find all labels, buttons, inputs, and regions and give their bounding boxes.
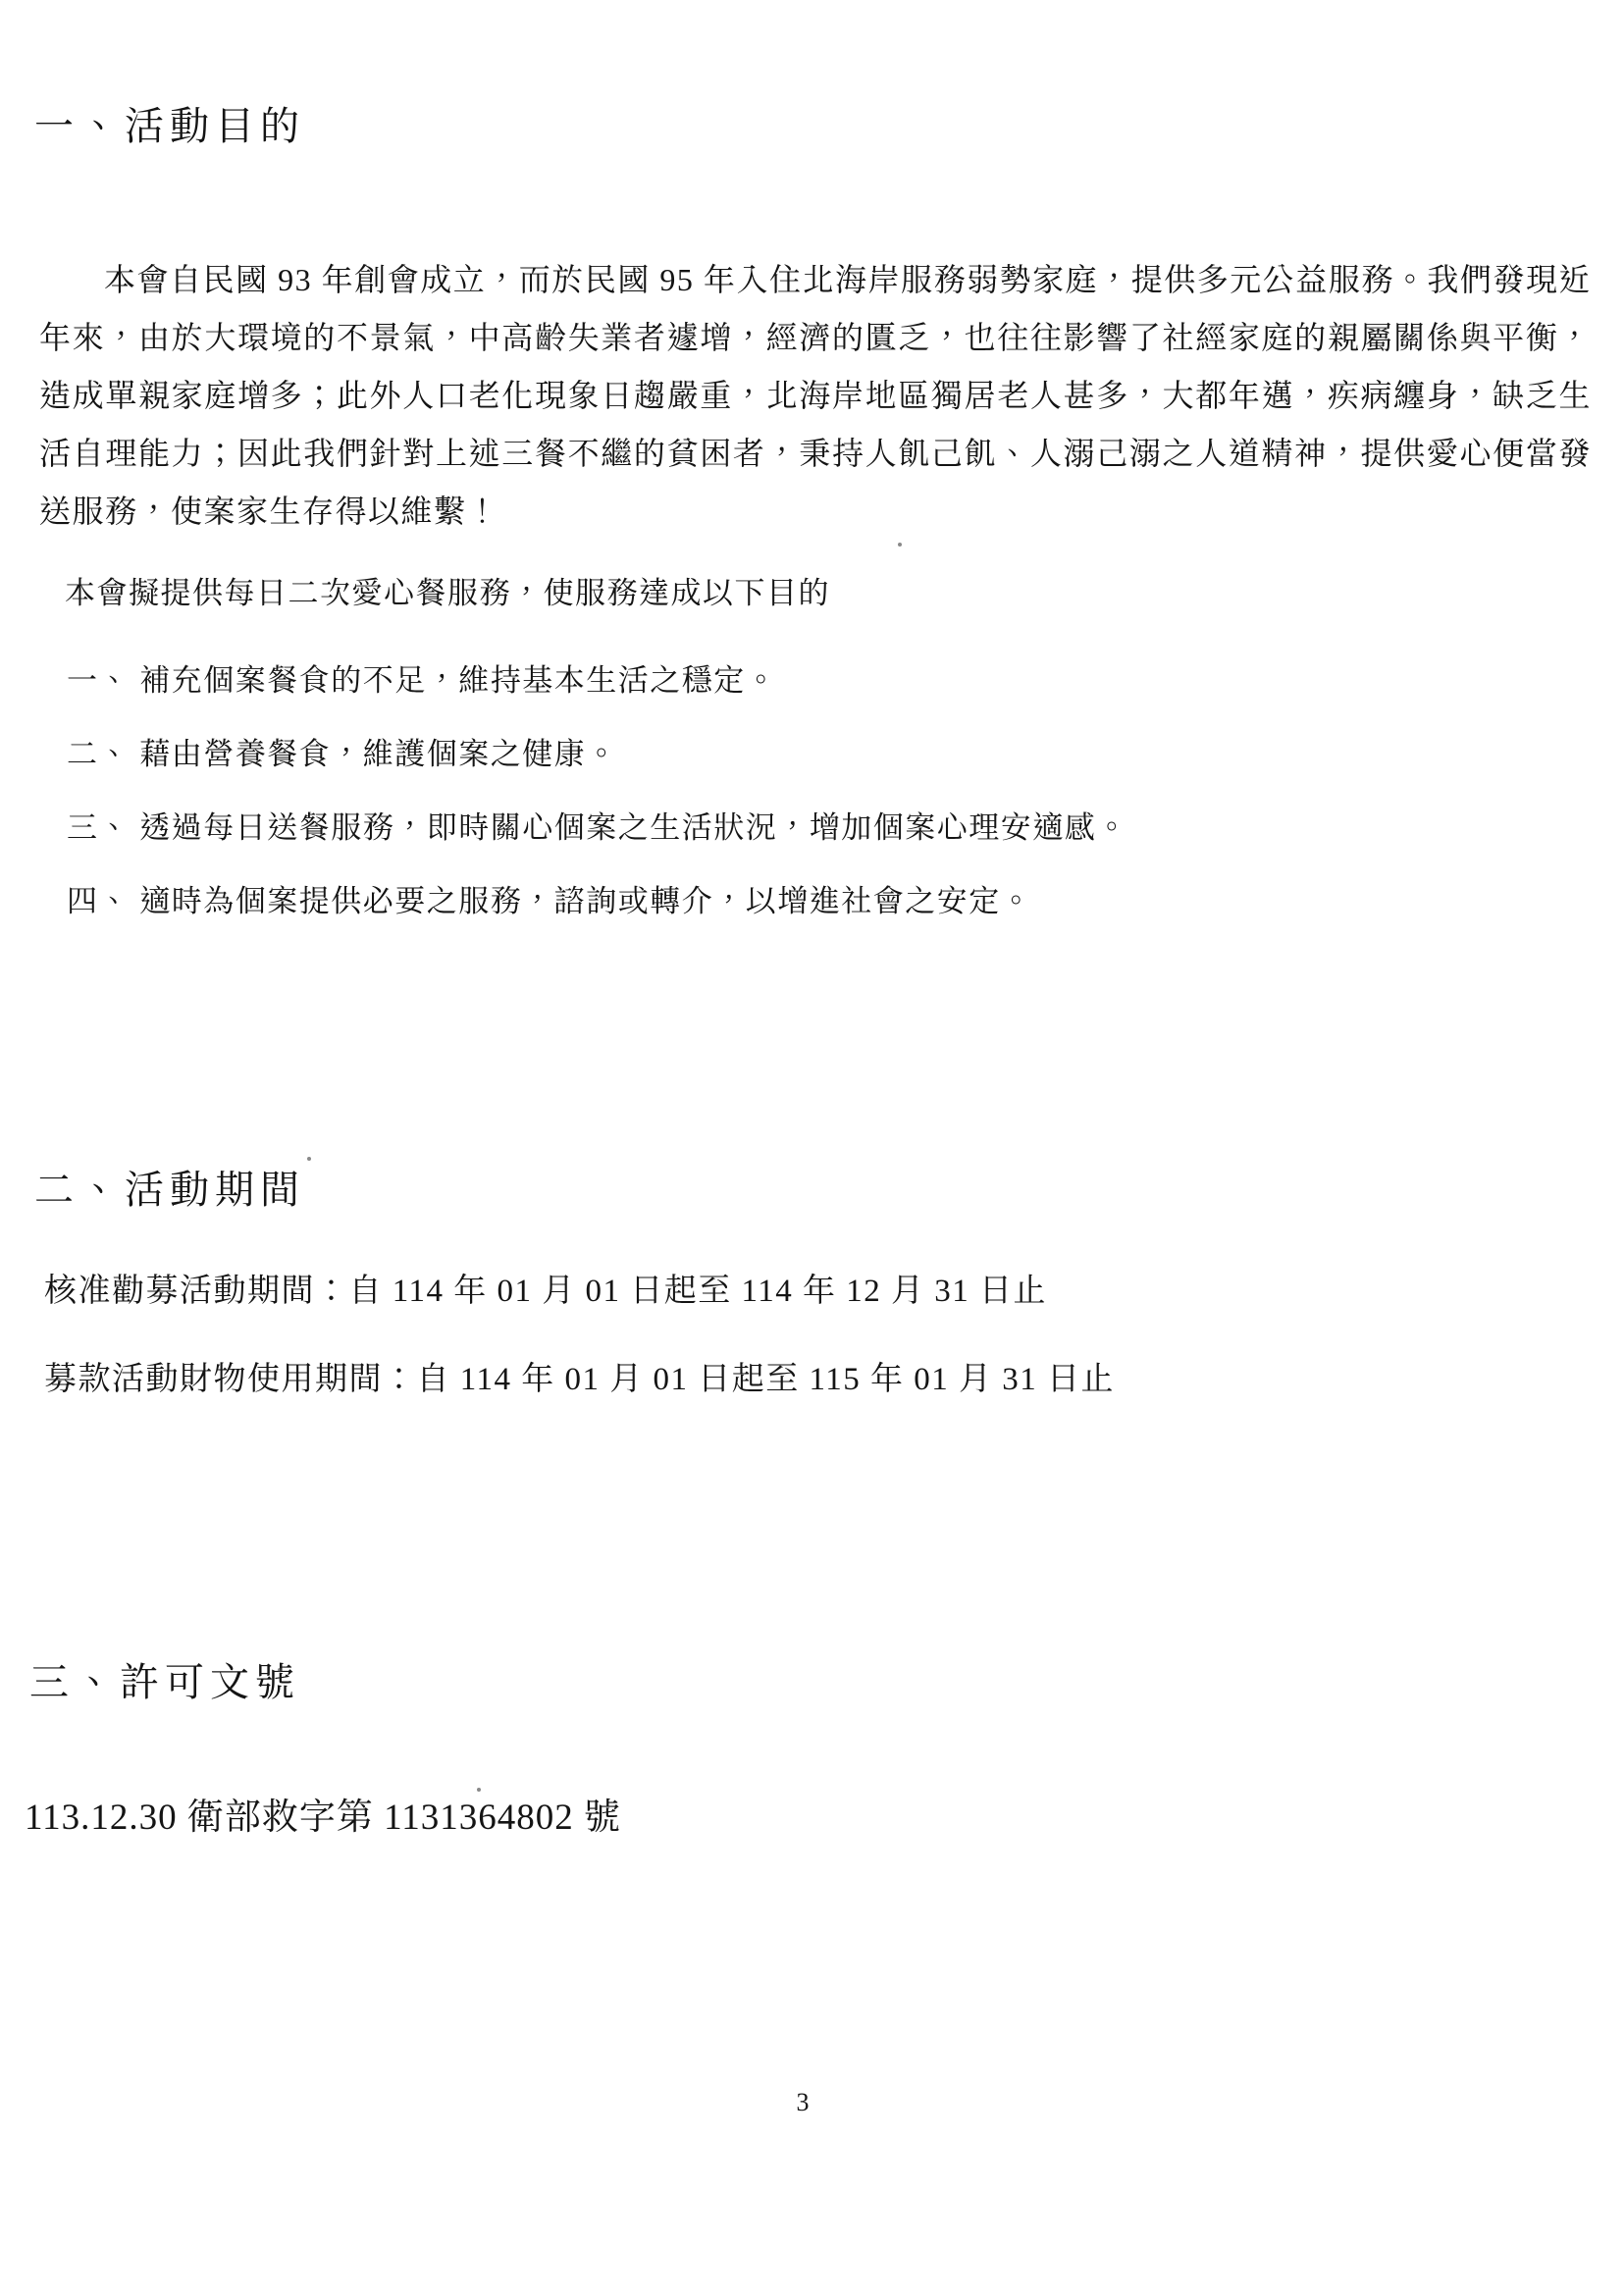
scan-speck [898, 543, 902, 547]
approved-fundraising-period: 核准勸募活動期間：自 114 年 01 月 01 日起至 114 年 12 月 … [44, 1272, 1047, 1311]
document-page: 一、活動目的 本會自民國 93 年創會成立，而於民國 95 年入住北海岸服務弱勢… [0, 0, 1624, 2294]
scan-speck [278, 1668, 282, 1672]
purpose-paragraph: 本會自民國 93 年創會成立，而於民國 95 年入住北海岸服務弱勢家庭，提供多元… [39, 251, 1592, 541]
goal-item-4: 四、 適時為個案提供必要之服務，諮詢或轉介，以增進社會之安定。 [67, 864, 1128, 938]
scan-speck [477, 1788, 481, 1792]
permit-number: 113.12.30 衛部救字第 1131364802 號 [25, 1796, 621, 1841]
funds-usage-period: 募款活動財物使用期間：自 114 年 01 月 01 日起至 115 年 01 … [44, 1360, 1115, 1399]
section-heading-permit: 三、許可文號 [29, 1658, 300, 1707]
scan-speck [1220, 339, 1224, 343]
scan-speck [307, 1157, 311, 1161]
goal-item-1: 一、 補充個案餐食的不足，維持基本生活之穩定。 [67, 644, 1128, 717]
purpose-subheading: 本會擬提供每日二次愛心餐服務，使服務達成以下目的 [65, 574, 830, 613]
goal-item-2: 二、 藉由營養餐食，維護個案之健康。 [67, 717, 1128, 791]
goal-item-3: 三、 透過每日送餐服務，即時關心個案之生活狀況，增加個案心理安適感。 [67, 791, 1128, 864]
section-heading-purpose: 一、活動目的 [34, 102, 305, 151]
purpose-goal-list: 一、 補充個案餐食的不足，維持基本生活之穩定。 二、 藉由營養餐食，維護個案之健… [67, 644, 1128, 938]
section-heading-period: 二、活動期間 [34, 1166, 305, 1215]
page-number: 3 [783, 2088, 822, 2117]
